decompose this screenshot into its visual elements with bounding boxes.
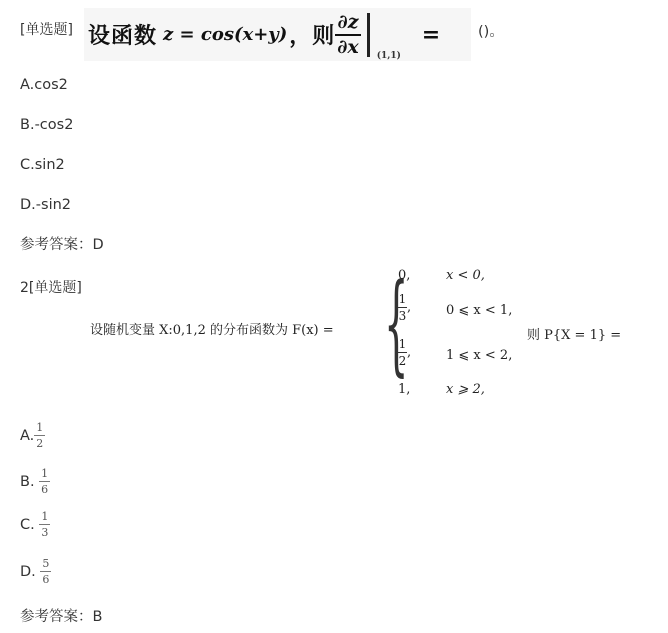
option-value: -sin2 [36, 197, 71, 213]
case-2-den: 2 [399, 355, 407, 367]
fraction-den: 3 [41, 527, 48, 538]
option-label: C. [20, 157, 35, 173]
option-a[interactable]: A. 12 [20, 422, 45, 449]
option-fraction: 13 [39, 511, 50, 538]
option-d[interactable]: D.-sin2 [20, 196, 71, 214]
case-2-num: 1 [399, 338, 407, 350]
question-number-tag: 2[单选题] [20, 277, 82, 297]
option-value: -cos2 [35, 117, 74, 133]
option-label: D. [20, 197, 36, 213]
case-3-value: 1, [398, 382, 410, 397]
derivative-numerator: ∂z [336, 13, 361, 32]
stem-function: z = cos(x+y) [163, 24, 287, 45]
partial-derivative: ∂z ∂x [335, 13, 360, 57]
fraction-num: 1 [36, 422, 43, 433]
fraction-den: 6 [41, 484, 48, 495]
reference-answer-1: 参考答案：D [20, 236, 104, 254]
question-type-tag: [单选题] [20, 19, 73, 39]
option-fraction: 12 [34, 422, 45, 449]
case-2-comma: , [407, 345, 411, 360]
fraction-den: 2 [36, 438, 43, 449]
case-1-num: 1 [399, 293, 407, 305]
equals-sign: = [422, 22, 440, 48]
option-value: sin2 [35, 157, 65, 173]
answer-value: D [93, 237, 104, 253]
option-b[interactable]: B.-cos2 [20, 116, 73, 134]
question-2-stem-suffix: 则 P{X = 1} = [527, 324, 621, 343]
case-0-condition: x < 0, [446, 268, 485, 283]
option-label: A. [20, 427, 34, 445]
case-2-condition: 1 ⩽ x < 2, [446, 348, 512, 363]
option-c[interactable]: C. 13 [20, 511, 50, 538]
option-fraction: 56 [40, 558, 51, 585]
evaluation-point: (1,1) [377, 51, 401, 61]
answer-label: 参考答案： [20, 609, 93, 625]
case-1-comma: , [407, 300, 411, 315]
case-0-value: 0, [398, 268, 410, 283]
case-1-value: 13, [398, 293, 411, 322]
option-value: cos2 [34, 77, 68, 93]
option-label: C. [20, 516, 35, 534]
option-label: A. [20, 77, 34, 93]
option-label: B. [20, 473, 35, 491]
fraction-den: 6 [42, 574, 49, 585]
fraction-num: 1 [41, 468, 48, 479]
option-a[interactable]: A.cos2 [20, 76, 68, 94]
fraction-num: 1 [41, 511, 48, 522]
option-label: B. [20, 117, 35, 133]
stem-suffix: ()。 [478, 23, 504, 41]
option-c[interactable]: C.sin2 [20, 156, 65, 174]
answer-value: B [93, 609, 103, 625]
option-label: D. [20, 563, 36, 581]
answer-label: 参考答案： [20, 237, 93, 253]
reference-answer-2: 参考答案：B [20, 608, 102, 626]
question-1-stem-image: 设函数 z = cos(x+y) ，则 ∂z ∂x (1,1) = [84, 8, 471, 61]
stem-then: ，则 [289, 19, 335, 50]
option-d[interactable]: D. 56 [20, 558, 51, 585]
evaluation-bar: (1,1) [367, 13, 370, 57]
case-1-condition: 0 ⩽ x < 1, [446, 303, 512, 318]
derivative-denominator: ∂x [335, 38, 360, 57]
stem-prefix: 设函数 [88, 19, 157, 50]
option-fraction: 16 [39, 468, 50, 495]
fraction-num: 5 [42, 558, 49, 569]
case-1-den: 3 [399, 310, 407, 322]
option-b[interactable]: B. 16 [20, 468, 50, 495]
case-3-condition: x ⩾ 2, [446, 382, 485, 397]
question-2-stem-prefix: 设随机变量 X:0,1,2 的分布函数为 F(x) = [90, 319, 334, 338]
case-2-value: 12, [398, 338, 411, 367]
